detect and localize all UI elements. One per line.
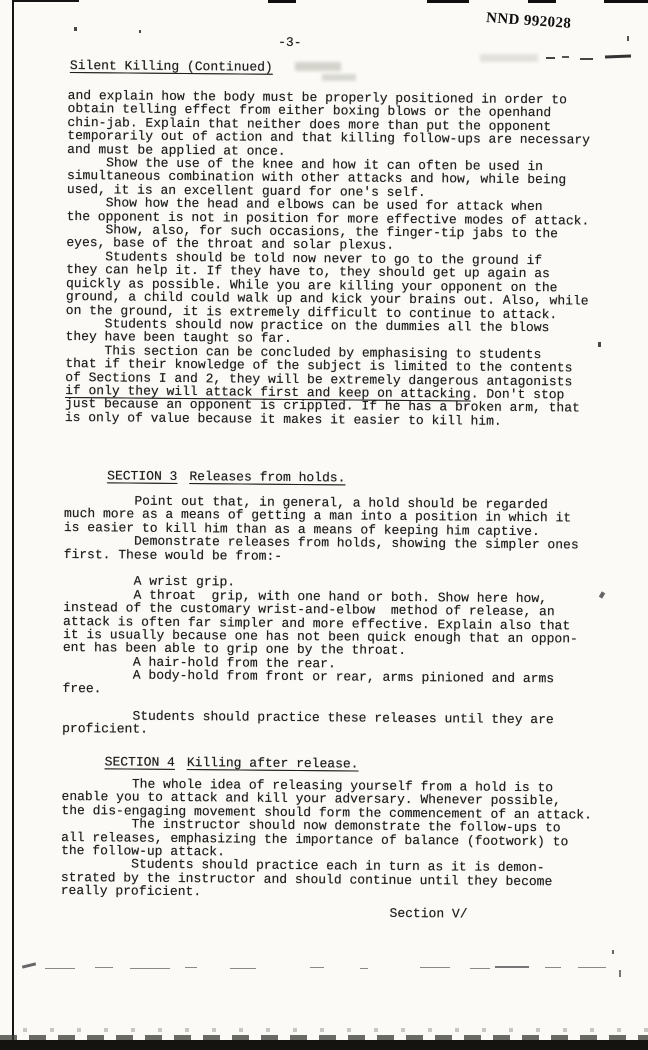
section-3-label: SECTION 3: [107, 469, 177, 485]
body-text-block-2: Point out that, in general, a hold shoul…: [62, 494, 579, 740]
page-number: -3-: [278, 36, 302, 50]
typewritten-content: -3- Silent Killing (Continued) and expla…: [0, 0, 648, 1050]
section-4-title: Killing after release.: [187, 755, 359, 771]
continuation-note: Section V/: [389, 907, 467, 921]
scan-smudge-line: [420, 967, 450, 968]
section-4-label: SECTION 4: [105, 755, 175, 771]
scan-speckle-band: [0, 1028, 648, 1032]
section-3-title: Releases from holds.: [189, 469, 345, 485]
scanned-page: NND 992028 -3- Silent Killing (Continued…: [0, 0, 648, 1050]
scan-smudge-line: [230, 968, 256, 969]
scan-bar-bottom: [0, 1040, 648, 1050]
scan-smudge-line: [578, 967, 606, 968]
body-text-block-3: The whole idea of releasing yourself fro…: [61, 777, 593, 902]
scan-smudge-line: [130, 968, 170, 969]
scan-smudge-line: [95, 967, 113, 968]
scan-smudge-line: [470, 968, 490, 969]
document-title: Silent Killing (Continued): [70, 59, 273, 74]
scan-smudge-line: [45, 968, 75, 969]
scan-smudge-line: [360, 968, 368, 969]
section-3-heading: SECTION 3Releases from holds.: [60, 456, 345, 499]
body-text-block-1: and explain how the body must be properl…: [65, 89, 591, 429]
document-title-text: Silent Killing (Continued): [70, 58, 273, 75]
scan-smudge-line: [545, 967, 561, 968]
scan-smudge-line: [185, 967, 197, 968]
scan-smudge-line: [495, 966, 529, 968]
scan-smudge-line: [310, 967, 324, 968]
